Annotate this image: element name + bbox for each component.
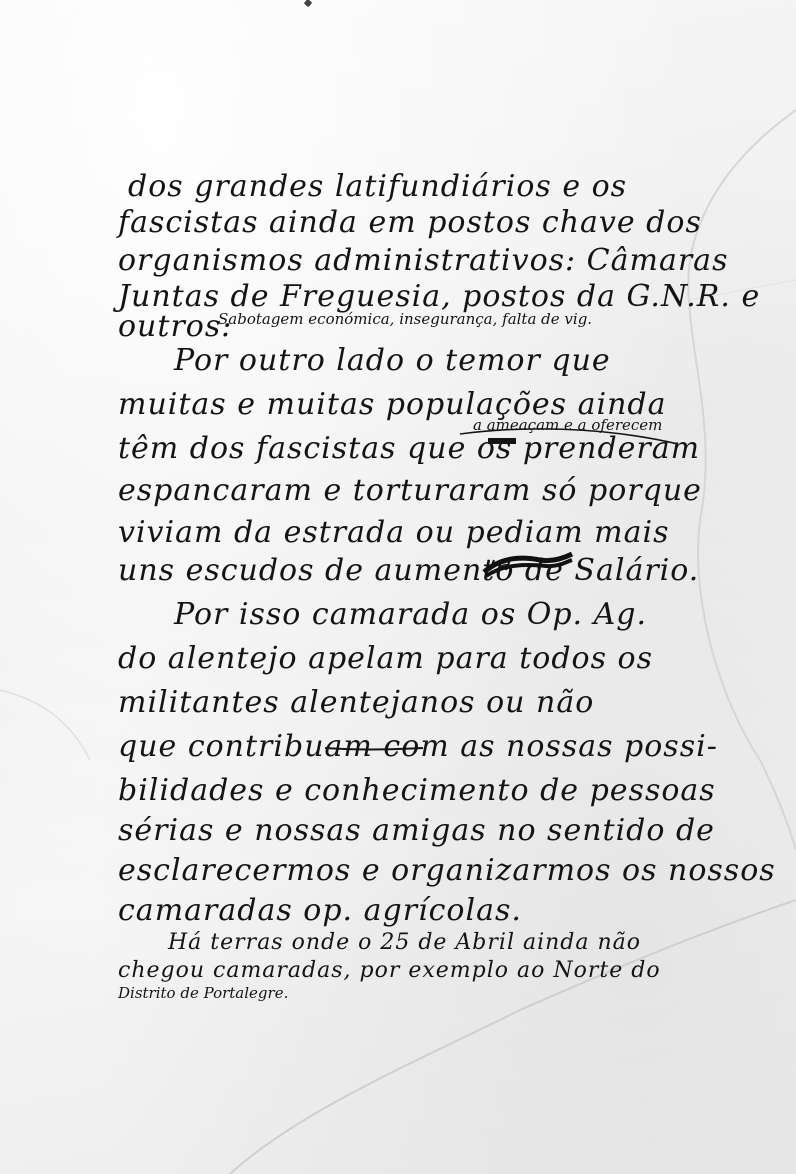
manuscript-line: dos grandes latifundiários e os <box>128 172 627 202</box>
manuscript-line: do alentejo apelam para todos os <box>118 644 653 674</box>
manuscript-line: Juntas de Freguesia, postos da G.N.R. e <box>118 282 760 312</box>
manuscript-line: viviam da estrada ou pediam mais <box>118 518 670 548</box>
manuscript-line: chegou camaradas, por exemplo ao Norte d… <box>118 960 661 982</box>
manuscript-line: Há terras onde o 25 de Abril ainda não <box>168 932 641 954</box>
manuscript-line: outros: <box>118 312 232 342</box>
manuscript-line: espancaram e torturaram só porque <box>118 476 702 506</box>
ink-speck <box>304 0 312 7</box>
manuscript-line: bilidades e conhecimento de pessoas <box>118 776 716 806</box>
scanned-paper-page: dos grandes latifundiários e os fascista… <box>0 0 796 1174</box>
manuscript-line: Por outro lado o temor que <box>174 346 611 376</box>
struck-word <box>488 433 516 452</box>
manuscript-line: militantes alentejanos ou não <box>118 688 594 718</box>
manuscript-line: Por isso camarada os Op. Ag. <box>174 600 647 630</box>
pen-flourish <box>325 739 425 758</box>
crossed-out-word <box>480 552 575 578</box>
manuscript-line: uns escudos de aumento de Salário. <box>118 556 699 586</box>
manuscript-line: sérias e nossas amigas no sentido de <box>118 816 715 846</box>
manuscript-line: organismos administrativos: Câmaras <box>118 246 728 276</box>
manuscript-line: Distrito de Portalegre. <box>118 986 288 1001</box>
manuscript-insertion: Sabotagem económica, insegurança, falta … <box>218 312 592 327</box>
manuscript-line: fascistas ainda em postos chave dos <box>118 208 702 238</box>
manuscript-line: esclarecermos e organizarmos os nossos <box>118 856 776 886</box>
manuscript-line: camaradas op. agrícolas. <box>118 896 522 926</box>
